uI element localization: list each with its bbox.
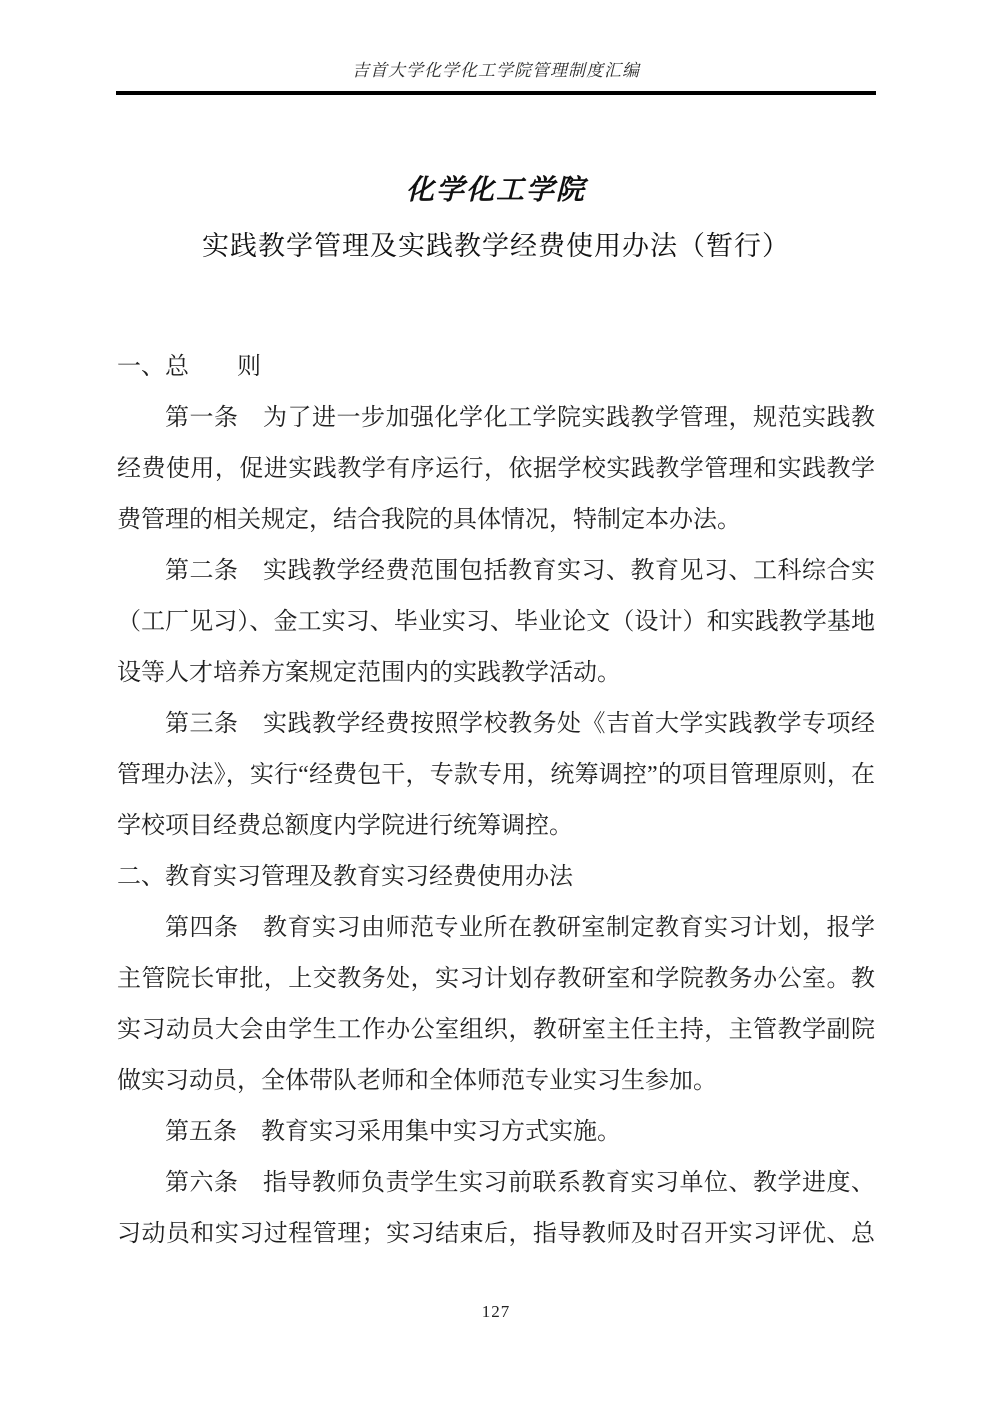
document-line: 做实习动员，全体带队老师和全体师范专业实习生参加。 <box>117 1056 875 1107</box>
document-line: 经费使用，促进实践教学有序运行，依据学校实践教学管理和实践教学经 <box>117 444 875 495</box>
document-line: 习动员和实习过程管理；实习结束后，指导教师及时召开实习评优、总结 <box>117 1209 875 1260</box>
document-line: 第一条 为了进一步加强化学化工学院实践教学管理，规范实践教学 <box>117 393 875 444</box>
page: 吉首大学化学化工学院管理制度汇编 化学化工学院 实践教学管理及实践教学经费使用办… <box>0 0 992 1403</box>
document-line: 主管院长审批，上交教务处，实习计划存教研室和学院教务办公室。教育 <box>117 954 875 1005</box>
page-number: 127 <box>0 1302 992 1322</box>
document-line: 第五条 教育实习采用集中实习方式实施。 <box>117 1107 875 1158</box>
doc-subtitle: 实践教学管理及实践教学经费使用办法（暂行） <box>0 225 992 267</box>
document-line: 第二条 实践教学经费范围包括教育实习、教育见习、工科综合实习 <box>117 546 875 597</box>
document-line: 实习动员大会由学生工作办公室组织，教研室主任主持，主管教学副院长 <box>117 1005 875 1056</box>
document-line: 学校项目经费总额度内学院进行统筹调控。 <box>117 801 875 852</box>
doc-title: 化学化工学院 <box>0 171 992 211</box>
section-heading: 二、教育实习管理及教育实习经费使用办法 <box>117 852 875 903</box>
running-header: 吉首大学化学化工学院管理制度汇编 <box>0 0 992 82</box>
document-line: 第四条 教育实习由师范专业所在教研室制定教育实习计划，报学院 <box>117 903 875 954</box>
document-line: 管理办法》，实行“经费包干，专款专用，统筹调控”的项目管理原则，在 <box>117 750 875 801</box>
document-line: （工厂见习）、金工实习、毕业实习、毕业论文（设计）和实践教学基地建 <box>117 597 875 648</box>
document-line: 第三条 实践教学经费按照学校教务处《吉首大学实践教学专项经费 <box>117 699 875 750</box>
document-line: 费管理的相关规定，结合我院的具体情况，特制定本办法。 <box>117 495 875 546</box>
document-body: 一、总 则第一条 为了进一步加强化学化工学院实践教学管理，规范实践教学经费使用，… <box>117 342 875 1260</box>
header-rule <box>116 91 876 95</box>
section-heading: 一、总 则 <box>117 342 875 393</box>
document-line: 设等人才培养方案规定范围内的实践教学活动。 <box>117 648 875 699</box>
document-line: 第六条 指导教师负责学生实习前联系教育实习单位、教学进度、实 <box>117 1158 875 1209</box>
